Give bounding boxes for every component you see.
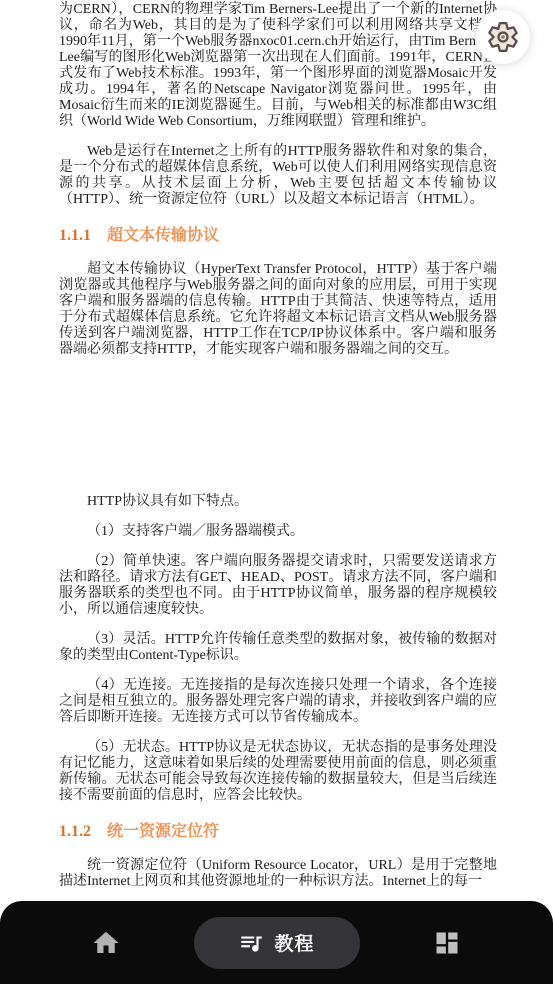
home-icon [91, 928, 121, 958]
body-paragraph: 统一资源定位符（Uniform Resource Locator，URL）是用于… [59, 858, 497, 890]
section-heading-1-1-2: 1.1.2统一资源定位符 [59, 822, 497, 842]
playlist-music-icon [238, 930, 264, 956]
section-title: 超文本传输协议 [107, 227, 219, 244]
body-paragraph: 超文本传输协议（HyperText Transfer Protocol，HTTP… [59, 262, 497, 358]
body-paragraph: 为CERN），CERN的物理学家Tim Berners-Lee提出了一个新的In… [59, 2, 497, 130]
body-paragraph: （3）灵活。HTTP允许传输任意类型的数据对象，被传输的数据对象的类型由Cont… [59, 632, 497, 664]
section-heading-1-1-1: 1.1.1超文本传输协议 [59, 226, 497, 246]
section-number: 1.1.2 [59, 823, 91, 840]
section-number: 1.1.1 [59, 227, 91, 244]
tutorial-nav-label: 教程 [274, 929, 314, 956]
reader-page: 为CERN），CERN的物理学家Tim Berners-Lee提出了一个新的In… [0, 0, 553, 984]
bottom-navigation-bar: 教程 [0, 901, 553, 984]
body-paragraph: （5）无状态。HTTP协议是无状态协议，无状态指的是事务处理没有记忆能力，这意味… [59, 740, 497, 804]
body-paragraph: HTTP协议具有如下特点。 [59, 494, 497, 510]
dashboard-icon [433, 929, 461, 957]
content-gap [59, 372, 497, 494]
body-paragraph: （2）简单快速。客户端向服务器提交请求时，只需要发送请求方法和路径。请求方法有G… [59, 554, 497, 618]
body-paragraph: Web是运行在Internet之上所有的HTTP服务器软件和对象的集合，是一个分… [59, 144, 497, 208]
gear-icon [485, 19, 521, 55]
dashboard-nav-button[interactable] [425, 921, 469, 965]
tutorial-nav-button[interactable]: 教程 [194, 917, 360, 969]
home-nav-button[interactable] [84, 921, 128, 965]
section-title: 统一资源定位符 [107, 823, 219, 840]
body-paragraph: （4）无连接。无连接指的是每次连接只处理一个请求，各个连接之间是相互独立的。服务… [59, 678, 497, 726]
body-paragraph: （1）支持客户端／服务器端模式。 [59, 524, 497, 540]
settings-button[interactable] [476, 10, 530, 64]
